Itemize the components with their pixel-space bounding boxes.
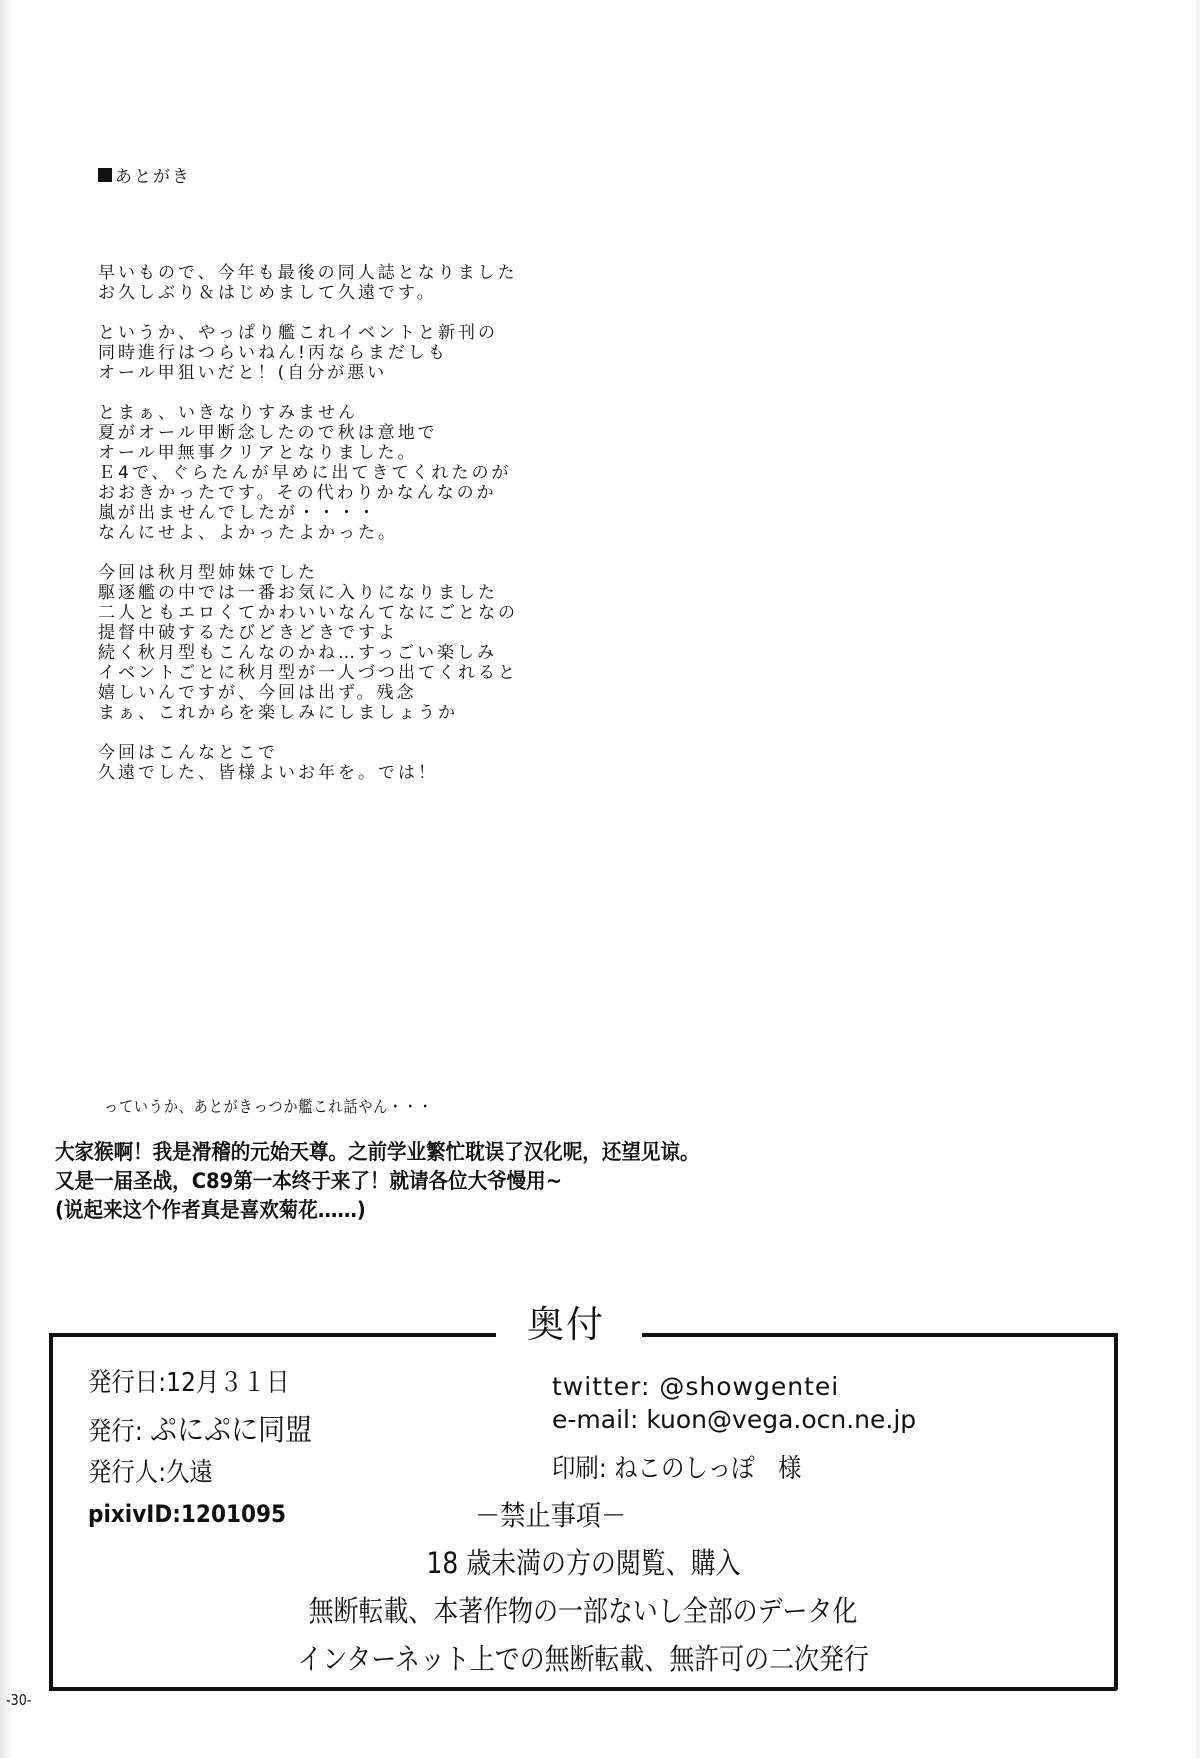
text-line: 嵐が出ませんでしたが・・・・ [98,503,518,523]
text-line: 久遠でした、皆様よいお年を。では！ [98,763,518,783]
afterword-paragraph-1: 早いもので、今年も最後の同人誌となりました お久しぶり＆はじめまして久遠です。 [98,263,518,303]
prohibited-item-text: 無断転載、本著作物の一部ないし全部のデータ化 [309,1589,858,1630]
text-line: なんにせよ、よかったよかった。 [98,523,518,543]
printer-label: 印刷 [552,1454,599,1484]
text-line: 今回は秋月型姉妹でした [98,563,518,583]
text-line: 早いもので、今年も最後の同人誌となりました [98,263,518,283]
prohibited-item: インターネット上での無断転載、無許可の二次発行 [49,1637,1118,1678]
text-line: オール甲無事クリアとなりました。 [98,443,518,463]
issue-date-label: 発行日 [88,1368,158,1398]
pixiv-id: pixivID:1201095 [88,1500,286,1528]
separator: : [158,1458,166,1488]
text-line: 駆逐艦の中では一番お気に入りになりました [98,583,518,603]
printer-value: ねこのしっぽ 様 [614,1454,801,1484]
square-bullet-icon [98,168,112,182]
text-line: 今回はこんなとこで [98,743,518,763]
translator-note-line: 又是一届圣战，C89第一本终于来了！就请各位大爷慢用~ [55,1167,699,1196]
publisher: 発行: ぷにぷに同盟 [88,1405,312,1449]
afterword-aside: っていうか、あとがきっつか艦これ話やん・・・ [104,1094,433,1117]
email-address[interactable]: e-mail: kuon@vega.ocn.ne.jp [552,1405,916,1434]
twitter-handle[interactable]: twitter: @showgentei [552,1372,839,1401]
translator-note-line: (说起来这个作者真是喜欢菊花……) [55,1196,699,1225]
prohibited-title: －禁止事項－ [475,1494,626,1534]
text-line: 嬉しいんですが、今回は出ず。残念 [98,683,518,703]
afterword-paragraph-3: とまぁ、いきなりすみません 夏がオール甲断念したので秋は意地で オール甲無事クリ… [98,403,518,543]
publisher-label: 発行 [88,1417,135,1447]
page-right-edge [1196,0,1200,1758]
printer: 印刷: ねこのしっぽ 様 [552,1448,801,1485]
issue-date-value: 12月３１日 [166,1368,289,1398]
separator: : [599,1454,607,1484]
afterword-body: 早いもので、今年も最後の同人誌となりました お久しぶり＆はじめまして久遠です。 … [98,263,518,803]
text-line: オール甲狙いだと！(自分が悪い [98,363,518,383]
afterword-paragraph-5: 今回はこんなとこで 久遠でした、皆様よいお年を。では！ [98,743,518,783]
text-line: というか、やっぱり艦これイベントと新刊の [98,323,518,343]
author: 発行人:久遠 [88,1452,213,1489]
text-line: とまぁ、いきなりすみません [98,403,518,423]
text-line: おおきかったです。その代わりかなんなのか [98,483,518,503]
prohibited-item: 18 歳未満の方の閲覧、購入 [49,1541,1118,1582]
text-line: まぁ、これからを楽しみにしましょうか [98,703,518,723]
colophon-border-left-segment [49,1333,496,1337]
translator-note: 大家猴啊！我是滑稽的元始天尊。之前学业繁忙耽误了汉化呢，还望见谅。 又是一届圣战… [55,1138,748,1225]
afterword-heading: あとがき [98,162,191,187]
colophon-border-right-segment [642,1333,1118,1337]
separator: : [158,1368,166,1398]
publisher-value: ぷにぷに同盟 [150,1413,312,1448]
text-line: お久しぶり＆はじめまして久遠です。 [98,283,518,303]
text-line: イベントごとに秋月型が一人づつ出てくれると [98,663,518,683]
page-number: -30- [6,1691,31,1709]
text-line: 提督中破するたびどきどきですよ [98,623,518,643]
text-line: 夏がオール甲断念したので秋は意地で [98,423,518,443]
afterword-heading-text: あとがき [115,162,191,187]
text-line: Ｅ4で、ぐらたんが早めに出てきてくれたのが [98,463,518,483]
separator: : [135,1417,143,1447]
issue-date: 発行日:12月３１日 [88,1362,289,1399]
afterword-paragraph-4: 今回は秋月型姉妹でした 駆逐艦の中では一番お気に入りになりました 二人ともエロく… [98,563,518,723]
translator-note-line: 大家猴啊！我是滑稽的元始天尊。之前学业繁忙耽误了汉化呢，还望见谅。 [55,1138,699,1167]
author-value: 久遠 [166,1458,213,1488]
prohibited-item-text: 18 歳未満の方の閲覧、購入 [426,1541,740,1582]
text-line: 二人ともエロくてかわいいなんてなにごとなの [98,603,518,623]
author-label: 発行人 [88,1458,158,1488]
page-left-edge-shadow [0,0,14,1758]
text-line: 同時進行はつらいねん!丙ならまだしも [98,343,518,363]
afterword-paragraph-2: というか、やっぱり艦これイベントと新刊の 同時進行はつらいねん!丙ならまだしも … [98,323,518,383]
text-line: 続く秋月型もこんなのかね…すっごい楽しみ [98,643,518,663]
prohibited-item-text: インターネット上での無断転載、無許可の二次発行 [298,1637,869,1678]
prohibited-item: 無断転載、本著作物の一部ないし全部のデータ化 [49,1589,1118,1630]
